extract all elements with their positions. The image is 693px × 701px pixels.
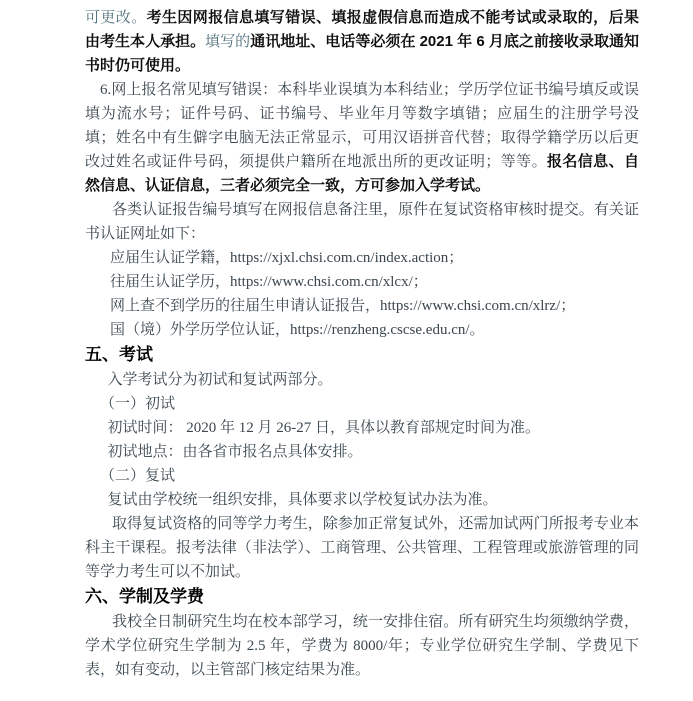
text-run-filled: 填写的 (205, 34, 250, 50)
paragraph-filling-warning: 可更改。考生因网报信息填写错误、填报虚假信息而造成不能考试或录取的，后果由考生本… (85, 6, 639, 78)
paragraph-equivalent-candidates: 取得复试资格的同等学力考生，除参加正常复试外，还需加试两门所报考专业本科主干课程… (85, 512, 639, 584)
document-page: 可更改。考生因网报信息填写错误、填报虚假信息而造成不能考试或录取的，后果由考生本… (0, 0, 693, 701)
url-text: 往届生认证学历，https://www.chsi.com.cn/xlcx/； (110, 274, 428, 290)
paragraph-tuition: 我校全日制研究生均在校本部学习，统一安排住宿。所有研究生均须缴纳学费，学术学位研… (85, 610, 639, 682)
link-line-certification-report: 网上查不到学历的往届生申请认证报告，https://www.chsi.com.c… (85, 294, 639, 318)
text-run-changeable: 可更改。 (85, 10, 147, 26)
link-line-overseas-certification: 国（境）外学历学位认证，https://renzheng.cscse.edu.c… (85, 318, 639, 342)
url-text: 应届生认证学籍，https://xjxl.chsi.com.cn/index.a… (110, 250, 463, 266)
section-heading-tuition: 六、学制及学费 (85, 584, 639, 610)
paragraph-first-exam-place: 初试地点：由各省市报名点具体安排。 (85, 440, 639, 464)
paragraph-second-exam-desc: 复试由学校统一组织安排，具体要求以学校复试办法为准。 (85, 488, 639, 512)
link-line-fresh-graduate-xueji: 应届生认证学籍，https://xjxl.chsi.com.cn/index.a… (85, 246, 639, 270)
url-text: 网上查不到学历的往届生申请认证报告，https://www.chsi.com.c… (110, 298, 575, 314)
text-run-certification: 各类认证报告编号填写在网报信息备注里，原件在复试资格审核时提交。有关证书认证网址… (85, 202, 639, 242)
paragraph-second-exam-label: （二）复试 (85, 464, 639, 488)
url-text: 国（境）外学历学位认证，https://renzheng.cscse.edu.c… (110, 322, 485, 338)
paragraph-first-exam-label: （一）初试 (85, 392, 639, 416)
paragraph-common-filling-errors: 6.网上报名常见填写错误：本科毕业误填为本科结业；学历学位证书编号填反或误填为流… (85, 78, 639, 198)
link-line-previous-graduate-xueli: 往届生认证学历，https://www.chsi.com.cn/xlcx/； (85, 270, 639, 294)
paragraph-certification-reports: 各类认证报告编号填写在网报信息备注里，原件在复试资格审核时提交。有关证书认证网址… (85, 198, 639, 246)
paragraph-first-exam-time: 初试时间： 2020 年 12 月 26-27 日，具体以教育部规定时间为准。 (85, 416, 639, 440)
paragraph-exam-intro: 入学考试分为初试和复试两部分。 (85, 368, 639, 392)
section-heading-exam: 五、考试 (85, 342, 639, 368)
